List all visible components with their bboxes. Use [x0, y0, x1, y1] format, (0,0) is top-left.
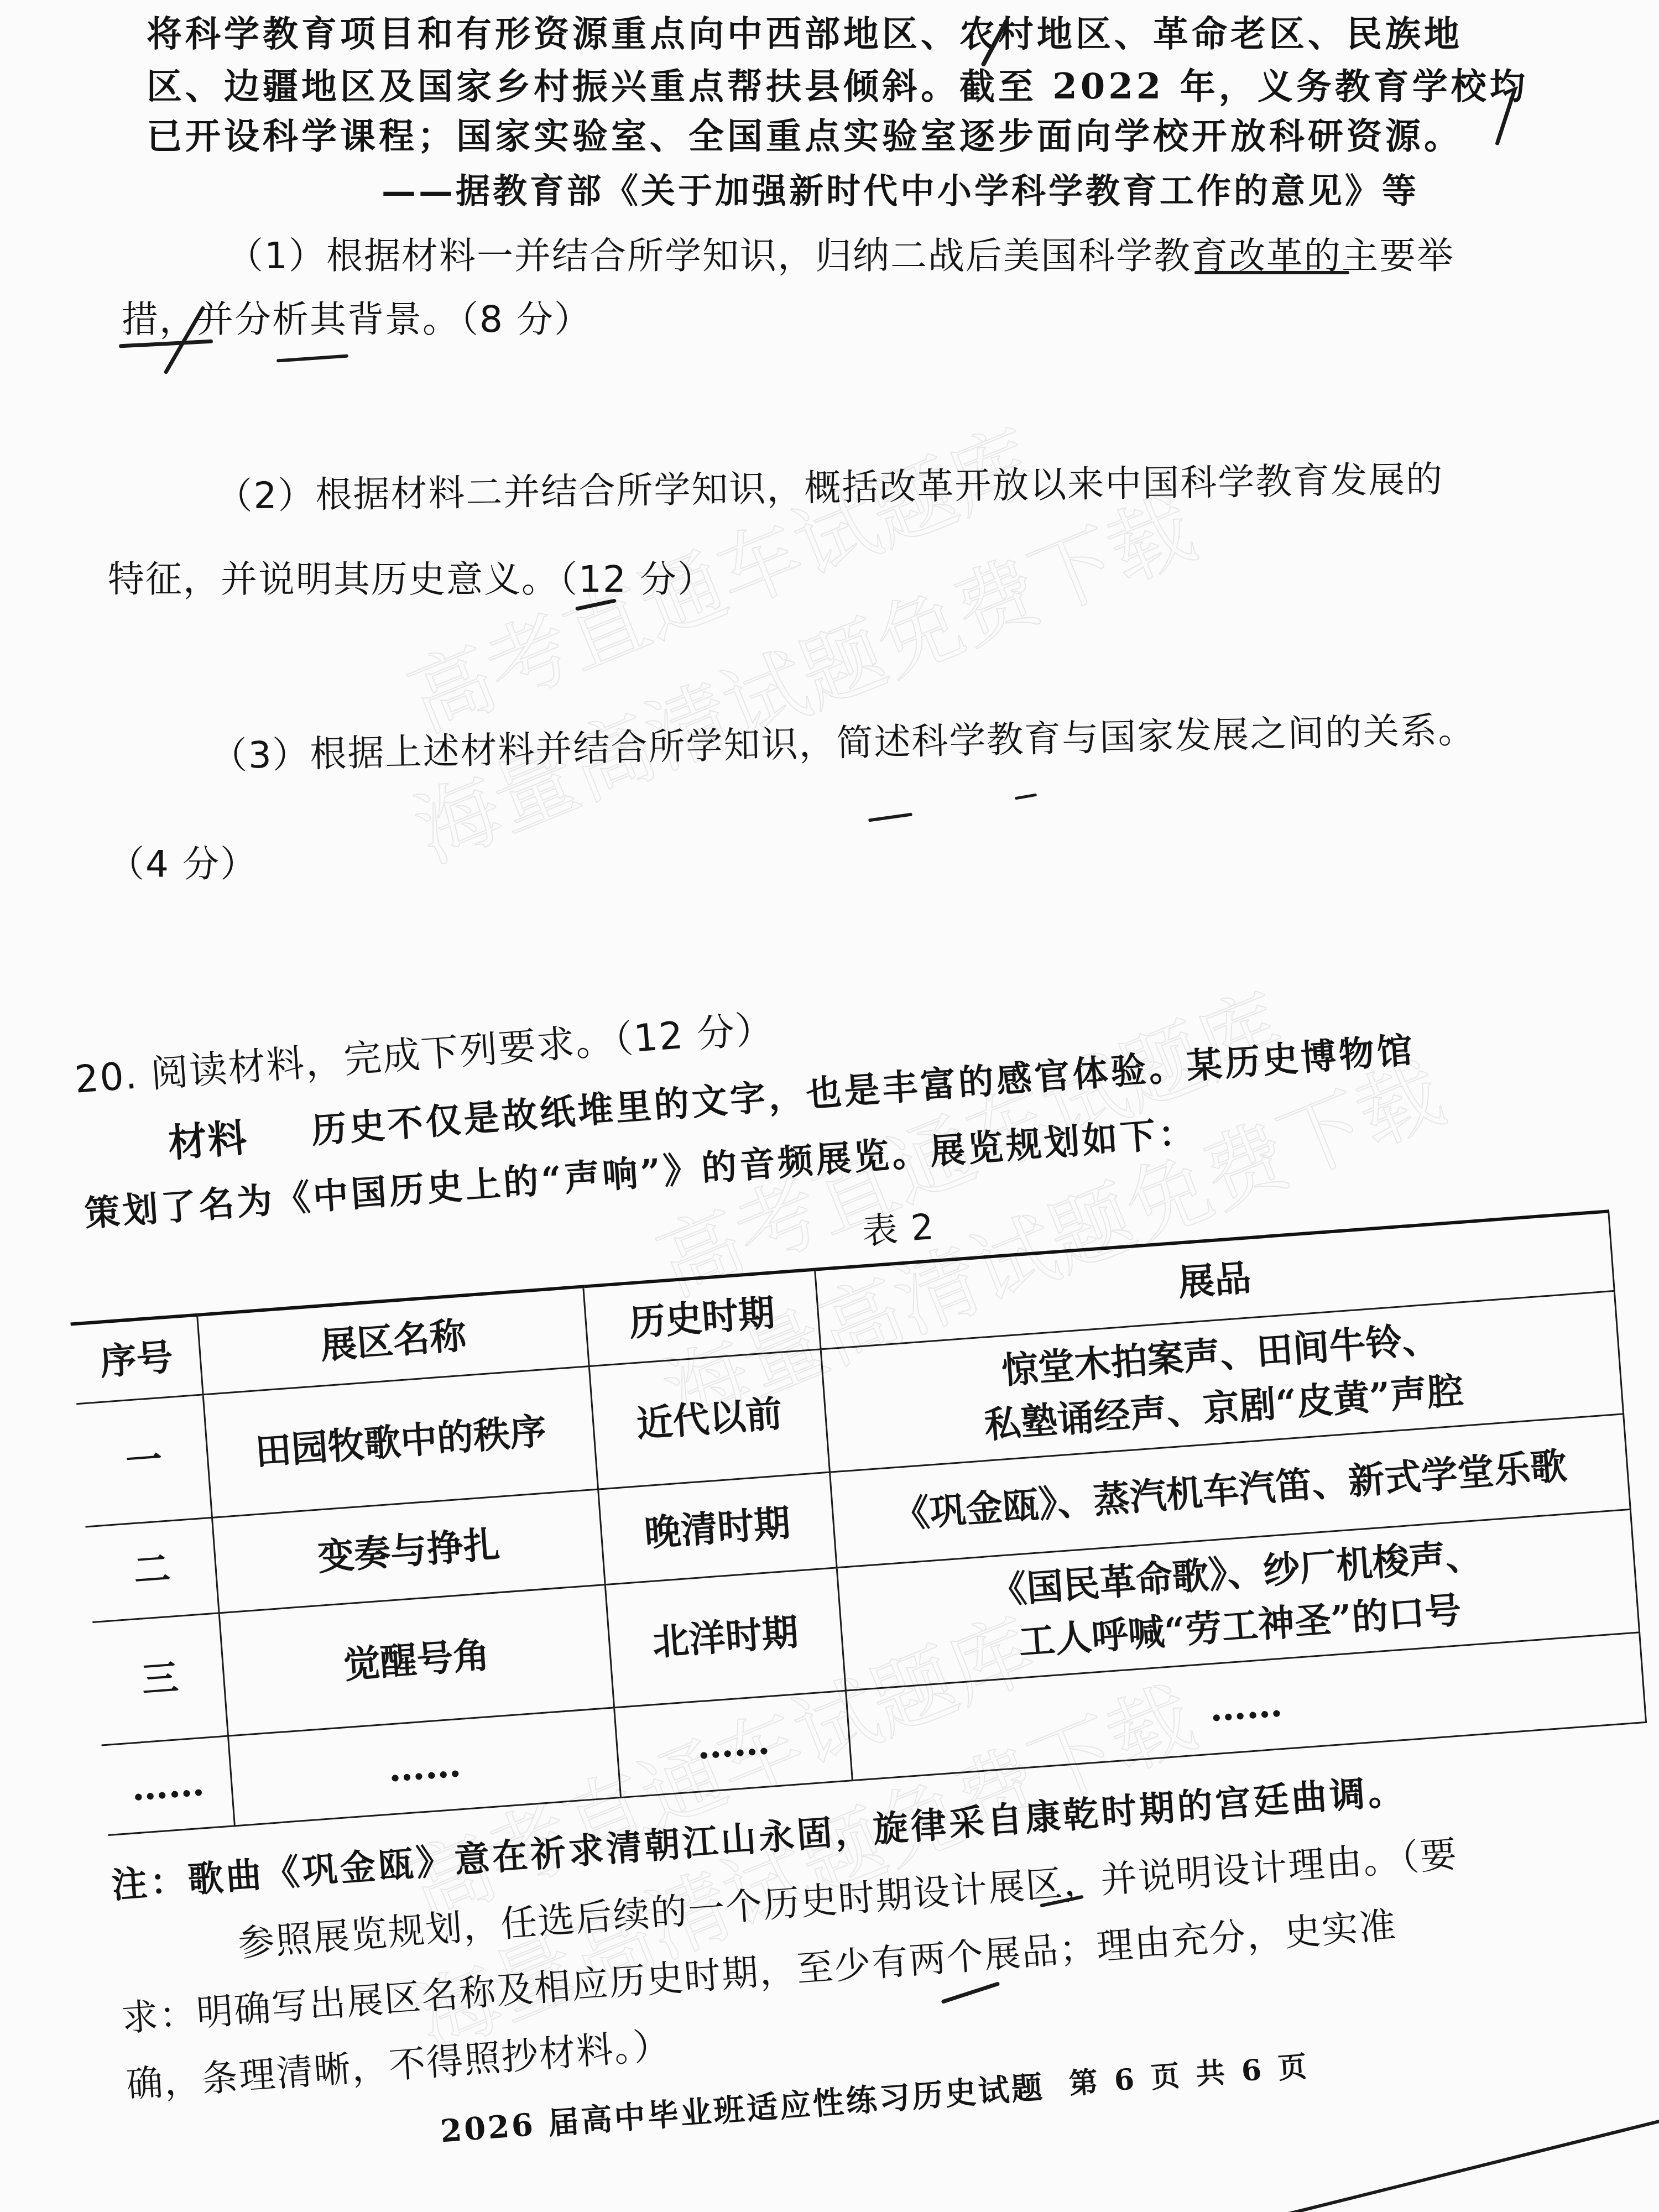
pen-mark — [868, 812, 912, 822]
pen-underline — [1194, 271, 1349, 274]
sub-question-line: （1）根据材料一并结合所学知识，归纳二战后美国科学教育改革的主要举 — [227, 238, 1454, 274]
material-source: ——据教育部《关于加强新时代中小学科学教育工作的意见》等 — [382, 174, 1419, 208]
sub-question-line: （2）根据材料二并结合所学知识，概括改革开放以来中国科学教育发展的 — [216, 461, 1444, 515]
sub-question-line: （3）根据上述材料并结合所学知识，简述科学教育与国家发展之间的关系。 — [210, 712, 1476, 775]
row-period: 晚清时期 — [598, 1472, 837, 1584]
sub-question-line: 措，并分析其背景。（8 分） — [122, 301, 592, 338]
requirement-line: 确，条理清晰，不得照抄材料。） — [125, 2027, 672, 2104]
material-line: 区、边疆地区及国家乡村振兴重点帮扶县倾斜。截至 2022 年，义务教育学校均 — [147, 69, 1528, 105]
sub-question-line: 特征，并说明其历史意义。（12 分） — [108, 561, 715, 598]
exhibit-table: 序号 展区名称 历史时期 展品 一 田园牧歌中的秩序 近代以前 惊堂木拍案声、田… — [70, 1209, 1647, 1836]
pen-underline — [276, 354, 348, 362]
row-index: 二 — [86, 1517, 220, 1622]
material-line: 已开设科学课程；国家实验室、全国重点实验室逐步面向学校开放科研资源。 — [147, 119, 1463, 154]
row-index: 三 — [92, 1613, 228, 1745]
row-period: …… — [614, 1691, 853, 1797]
pen-underline — [941, 1981, 1000, 2004]
footer-exam-title: 2026 届高中毕业班适应性练习历史试题 — [439, 2072, 1046, 2147]
row-index: 一 — [76, 1395, 212, 1527]
header-index: 序号 — [71, 1315, 204, 1404]
pen-mark — [1015, 794, 1037, 800]
footer-page-info: 第 6 页 共 6 页 — [1068, 2052, 1311, 2099]
sub-question-line: （4 分） — [108, 846, 258, 883]
row-index: …… — [102, 1736, 235, 1835]
table-caption: 表 2 — [861, 1209, 936, 1250]
material-line: 将科学教育项目和有形资源重点向中西部地区、农村地区、革命老区、民族地 — [147, 17, 1463, 52]
row-period: 近代以前 — [589, 1349, 830, 1489]
paper-edge — [1288, 2116, 1659, 2212]
row-period: 北洋时期 — [605, 1568, 846, 1708]
material-label: 材料 — [167, 1118, 249, 1162]
